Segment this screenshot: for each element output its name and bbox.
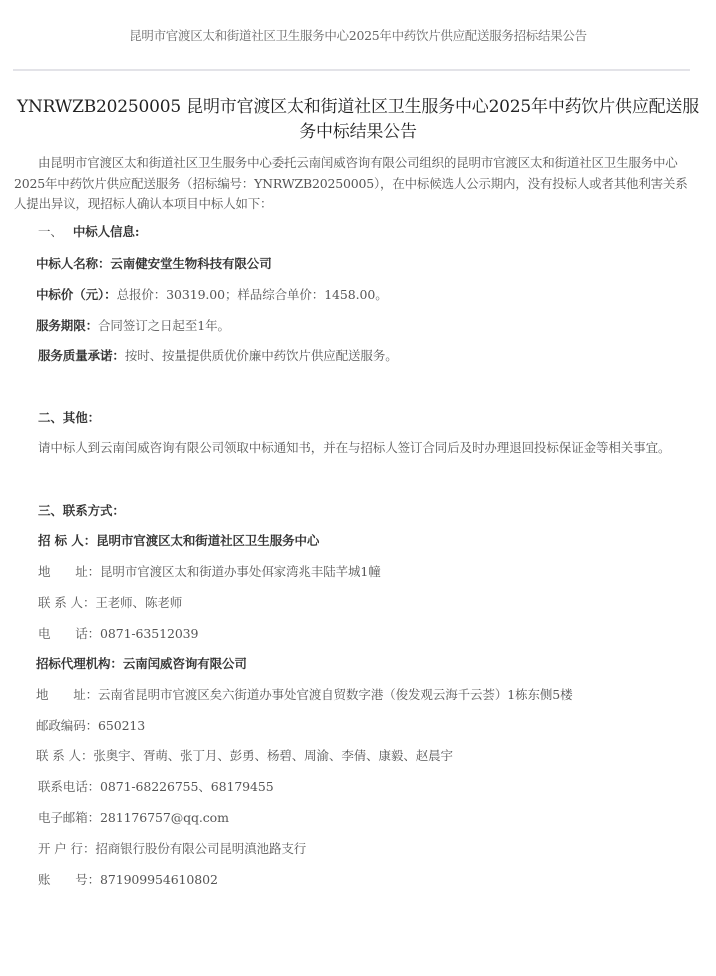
agency-postcode: 650213 bbox=[98, 718, 145, 733]
agency-phone-row: 联系电话：0871-68226755、68179455 bbox=[38, 777, 274, 795]
section2-heading: 二、其他： bbox=[38, 408, 100, 426]
price-row: 中标价（元）：总报价：30319.00；样品综合单价：1458.00。 bbox=[36, 285, 388, 303]
tenderer-contact: 王老师、陈老师 bbox=[95, 595, 182, 610]
tenderer-address-label: 地 址： bbox=[38, 564, 100, 579]
agency-account-row: 账 号：871909954610802 bbox=[38, 870, 218, 888]
tenderer-phone-label: 电 话： bbox=[38, 626, 100, 641]
agency-phone-label: 联系电话： bbox=[38, 779, 100, 794]
tenderer-contact-row: 联 系 人：王老师、陈老师 bbox=[38, 593, 182, 611]
tenderer-address-row: 地 址：昆明市官渡区太和街道办事处佴家湾兆丰陆芊城1幢 bbox=[38, 562, 381, 580]
agency-postcode-label: 邮政编码： bbox=[36, 718, 98, 733]
tenderer-name: 昆明市官渡区太和街道社区卫生服务中心 bbox=[96, 533, 319, 548]
agency-address-label: 地 址： bbox=[36, 687, 98, 702]
period-row: 服务期限：合同签订之日起至1年。 bbox=[36, 316, 230, 334]
section1-heading: 一、中标人信息: bbox=[38, 222, 139, 240]
agency-row: 招标代理机构：云南闰威咨询有限公司 bbox=[36, 654, 247, 672]
period-label: 服务期限： bbox=[36, 318, 98, 333]
winner-label: 中标人名称： bbox=[36, 256, 110, 271]
agency-account: 871909954610802 bbox=[100, 872, 218, 887]
document-title: YNRWZB20250005 昆明市官渡区太和街道社区卫生服务中心2025年中药… bbox=[14, 95, 702, 145]
winner-value: 云南健安堂生物科技有限公司 bbox=[110, 256, 271, 271]
tenderer-row: 招 标 人：昆明市官渡区太和街道社区卫生服务中心 bbox=[38, 531, 319, 549]
winner-row: 中标人名称：云南健安堂生物科技有限公司 bbox=[36, 254, 272, 272]
tenderer-phone: 0871-63512039 bbox=[100, 626, 198, 641]
agency-contact-label: 联 系 人： bbox=[36, 748, 93, 763]
tenderer-address: 昆明市官渡区太和街道办事处佴家湾兆丰陆芊城1幢 bbox=[100, 564, 381, 579]
intro-paragraph: 由昆明市官渡区太和街道社区卫生服务中心委托云南闰威咨询有限公司组织的昆明市官渡区… bbox=[14, 153, 690, 215]
agency-address-row: 地 址：云南省昆明市官渡区矣六街道办事处官渡自贸数字港（俊发观云海千云荟）1栋东… bbox=[36, 685, 573, 703]
section3-heading: 三、联系方式： bbox=[38, 501, 125, 519]
agency-bank: 招商银行股份有限公司昆明滇池路支行 bbox=[95, 841, 306, 856]
agency-contact: 张奥宇、胥萌、张丁月、彭勇、杨碧、周渝、李倩、康毅、赵晨宇 bbox=[93, 748, 453, 763]
price-value: 总报价：30319.00；样品综合单价：1458.00。 bbox=[117, 287, 388, 302]
page-header-title: 昆明市官渡区太和街道社区卫生服务中心2025年中药饮片供应配送服务招标结果公告 bbox=[0, 26, 716, 44]
agency-account-label: 账 号： bbox=[38, 872, 100, 887]
section2-title: 二、其他： bbox=[38, 410, 100, 425]
tenderer-contact-label: 联 系 人： bbox=[38, 595, 95, 610]
quality-row: 服务质量承诺：按时、按量提供质优价廉中药饮片供应配送服务。 bbox=[38, 346, 398, 364]
agency-bank-label: 开 户 行： bbox=[38, 841, 95, 856]
section2-text: 请中标人到云南闰威咨询有限公司领取中标通知书，并在与招标人签订合同后及时办理退回… bbox=[38, 438, 670, 456]
header-divider bbox=[13, 69, 690, 71]
quality-value: 按时、按量提供质优价廉中药饮片供应配送服务。 bbox=[125, 348, 398, 363]
agency-email-row: 电子邮箱：281176757@qq.com bbox=[38, 808, 229, 826]
price-label: 中标价（元）： bbox=[36, 287, 117, 302]
tenderer-phone-row: 电 话：0871-63512039 bbox=[38, 624, 198, 642]
quality-label: 服务质量承诺： bbox=[38, 348, 125, 363]
agency-phone: 0871-68226755、68179455 bbox=[100, 779, 274, 794]
agency-name: 云南闰威咨询有限公司 bbox=[123, 656, 247, 671]
section1-number: 一、 bbox=[38, 224, 63, 239]
agency-label: 招标代理机构： bbox=[36, 656, 123, 671]
agency-address: 云南省昆明市官渡区矣六街道办事处官渡自贸数字港（俊发观云海千云荟）1栋东侧5楼 bbox=[98, 687, 573, 702]
agency-bank-row: 开 户 行：招商银行股份有限公司昆明滇池路支行 bbox=[38, 839, 306, 857]
section1-title: 中标人信息: bbox=[73, 224, 140, 239]
agency-postcode-row: 邮政编码：650213 bbox=[36, 716, 145, 734]
agency-contact-row: 联 系 人：张奥宇、胥萌、张丁月、彭勇、杨碧、周渝、李倩、康毅、赵晨宇 bbox=[36, 746, 453, 764]
agency-email: 281176757@qq.com bbox=[100, 810, 229, 825]
section3-title: 三、联系方式： bbox=[38, 503, 125, 518]
agency-email-label: 电子邮箱： bbox=[38, 810, 100, 825]
period-value: 合同签订之日起至1年。 bbox=[98, 318, 230, 333]
tenderer-label: 招 标 人： bbox=[38, 533, 96, 548]
